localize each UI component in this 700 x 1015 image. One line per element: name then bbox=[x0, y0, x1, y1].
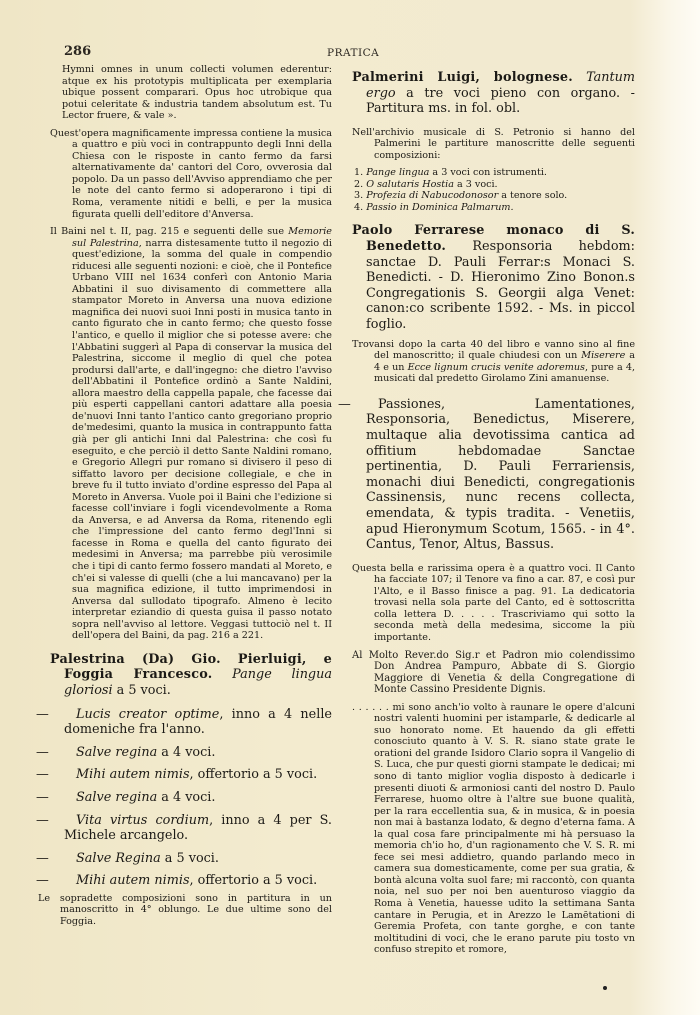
list-item: 4. Passio in Dominica Palmarum. bbox=[352, 202, 635, 214]
ink-speck bbox=[603, 986, 607, 990]
work-list: —Lucis creator optime, inno a 4 nelle do… bbox=[50, 707, 332, 889]
entry-passiones: —Passiones, Lamentationes, Responsoria, … bbox=[352, 397, 635, 553]
running-head: PRATICA bbox=[327, 47, 379, 59]
composition-list: 1. Pange lingua a 3 voci con istrumenti.… bbox=[352, 167, 635, 213]
note-rarissima: Questa bella e rarissima opera è a quatt… bbox=[352, 563, 635, 644]
note-petronio: Nell'archivio musicale di S. Petronio si… bbox=[352, 127, 635, 162]
work-item: —Mihi autem nimis, offertorio a 5 voci. bbox=[50, 767, 332, 783]
list-item: 3. Profezia di Nabucodonosor a tenore so… bbox=[352, 190, 635, 202]
entry-palestrina: Palestrina (Da) Gio. Pierluigi, e Foggia… bbox=[50, 652, 332, 699]
work-item: —Vita virtus cordium, inno a 4 per S. Mi… bbox=[50, 813, 332, 844]
book-page: 286 PRATICA Hymni omnes in unum collecti… bbox=[0, 0, 700, 1015]
list-item: 1. Pange lingua a 3 voci con istrumenti. bbox=[352, 167, 635, 179]
note-zini: Trovansi dopo la carta 40 del libro e va… bbox=[352, 339, 635, 385]
paragraph-description: Quest'opera magnificamente impressa cont… bbox=[50, 128, 332, 220]
note-foggia: Le sopradette composizioni sono in parti… bbox=[38, 893, 332, 928]
work-item: —Salve regina a 4 voci. bbox=[50, 790, 332, 806]
dedication-letter: . . . . . . mi sono anch'io volto à raun… bbox=[352, 702, 635, 956]
page-number: 286 bbox=[64, 44, 91, 59]
work-item: —Salve regina a 4 voci. bbox=[50, 745, 332, 761]
intro-quote: Hymni omnes in unum collecti volumen ede… bbox=[50, 64, 332, 122]
entry-paolo-ferrarese: Paolo Ferrarese monaco di S. Benedetto. … bbox=[352, 223, 635, 332]
work-item: —Mihi autem nimis, offertorio a 5 voci. bbox=[50, 873, 332, 889]
right-column: Palmerini Luigi, bolognese. Tantum ergo … bbox=[352, 70, 635, 962]
dedication-heading: Al Molto Rever.do Sig.r et Padron mio co… bbox=[352, 650, 635, 696]
paragraph-baini: Il Baini nel t. II, pag. 215 e seguenti … bbox=[50, 226, 332, 642]
entry-palmerini: Palmerini Luigi, bolognese. Tantum ergo … bbox=[352, 70, 635, 117]
left-column: Hymni omnes in unum collecti volumen ede… bbox=[50, 64, 332, 934]
work-item: —Salve Regina a 5 voci. bbox=[50, 851, 332, 867]
work-item: —Lucis creator optime, inno a 4 nelle do… bbox=[50, 707, 332, 738]
list-item: 2. O salutaris Hostia a 3 voci. bbox=[352, 179, 635, 191]
